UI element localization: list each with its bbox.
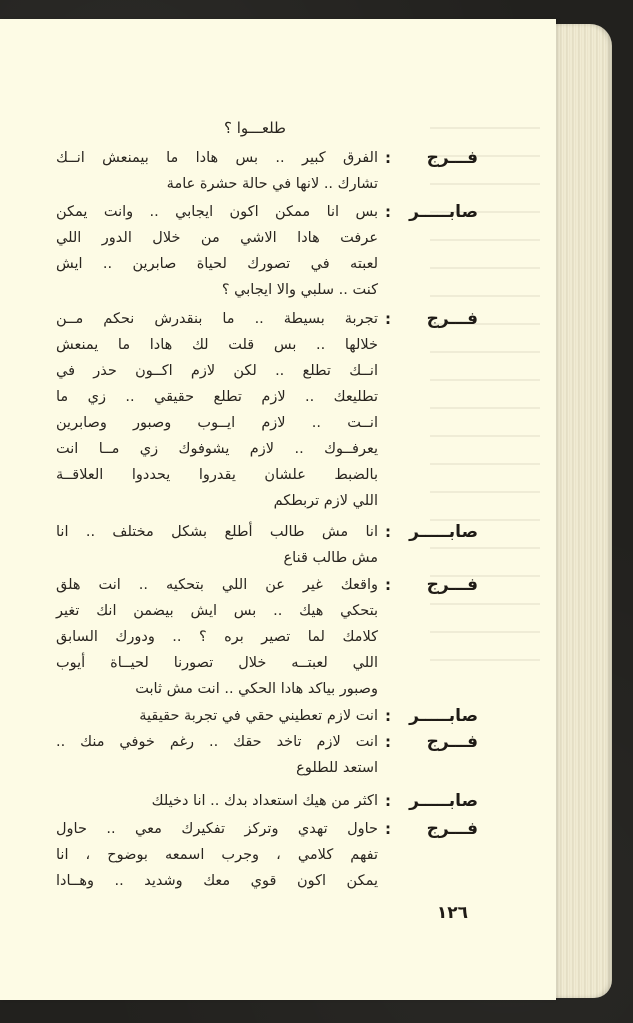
dialogue-line: تشارك .. لانها في حالة حشرة عامة: [56, 171, 378, 197]
dialogue-lines: واقعك غير عن اللي بتحكيه .. انت هلق بتحك…: [56, 572, 378, 702]
dialogue-lines: تجربة بسيطة .. ما بنقدرش نحكم مــن خلاله…: [56, 306, 378, 514]
dialogue-line: يعرفــوك .. لازم يشوفوك زي مــا انت: [56, 436, 378, 462]
dialogue-line: تطليعك .. لازم تطلع حقيقي .. زي ما: [56, 384, 378, 410]
dialogue-block: صابـــــر : بس انا ممكن اكون ايجابي .. و…: [48, 199, 478, 303]
speaker-name: فـــرج: [398, 572, 478, 702]
dialogue-line: انا مش طالب أطلع بشكل مختلف .. انا: [56, 519, 378, 545]
dialogue-line: لعبته في تصورك لحياة صابرين .. ايش: [56, 251, 378, 277]
dialogue-lines: بس انا ممكن اكون ايجابي .. وانت يمكن عرف…: [56, 199, 378, 303]
speaker-colon: :: [378, 519, 398, 571]
dialogue-line: الفرق كبير .. بس هادا ما بيمنعش انــك: [56, 145, 378, 171]
dialogue-line: اللي لعبتــه خلال تصورنا لحيــاة أيوب: [56, 650, 378, 676]
dialogue-line: يمكن اكون قوي معك وشديد .. وهــادا: [56, 868, 378, 894]
dialogue-block: فـــرج : واقعك غير عن اللي بتحكيه .. انت…: [48, 572, 478, 702]
dialogue-line: اكثر من هيك استعداد بدك .. انا دخيلك: [56, 788, 378, 814]
speaker-name: صابـــــر: [398, 519, 478, 571]
speaker-name: صابـــــر: [398, 703, 478, 729]
speaker-name: فـــرج: [398, 729, 478, 781]
dialogue-line: كلامك لما تصير بره ؟ .. ودورك السابق: [56, 624, 378, 650]
dialogue-lines: انت لازم تعطيني حقي في تجربة حقيقية: [56, 703, 378, 729]
dialogue-line: بس انا ممكن اكون ايجابي .. وانت يمكن: [56, 199, 378, 225]
speaker-colon: :: [378, 729, 398, 781]
speaker-name: صابـــــر: [398, 199, 478, 303]
dialogue-line: خلالها .. بس قلت لك هادا ما يمنعش: [56, 332, 378, 358]
speaker-name: صابـــــر: [398, 788, 478, 814]
dialogue-line: حاول تهدي وتركز تفكيرك معي .. حاول: [56, 816, 378, 842]
dialogue-line: انــت .. لازم ايــوب وصبور وصابرين: [56, 410, 378, 436]
dialogue-line: تجربة بسيطة .. ما بنقدرش نحكم مــن: [56, 306, 378, 332]
opening-line: طلعـــوا ؟: [224, 119, 286, 137]
dialogue-line: عرفت هادا الاشي من خلال الدور اللي: [56, 225, 378, 251]
dialogue-line: واقعك غير عن اللي بتحكيه .. انت هلق: [56, 572, 378, 598]
speaker-name: فـــرج: [398, 816, 478, 894]
dialogue-block: فـــرج : حاول تهدي وتركز تفكيرك معي .. ح…: [48, 816, 478, 894]
dialogue-line: اللي لازم تربطكم: [56, 488, 378, 514]
dialogue-block: فـــرج : الفرق كبير .. بس هادا ما بيمنعش…: [48, 145, 478, 197]
dialogue-line: بتحكي هيك .. بس ايش بيضمن انك تغير: [56, 598, 378, 624]
speaker-name: فـــرج: [398, 145, 478, 197]
dialogue-lines: انا مش طالب أطلع بشكل مختلف .. انا مش طا…: [56, 519, 378, 571]
speaker-colon: :: [378, 816, 398, 894]
dialogue-block: فـــرج : تجربة بسيطة .. ما بنقدرش نحكم م…: [48, 306, 478, 514]
speaker-colon: :: [378, 199, 398, 303]
dialogue-lines: انت لازم تاخد حقك .. رغم خوفي منك .. است…: [56, 729, 378, 781]
page-content: طلعـــوا ؟ فـــرج : الفرق كبير .. بس هاد…: [0, 19, 556, 1000]
dialogue-line: تفهم كلامي ، وجرب اسمعه بوضوح ، انا: [56, 842, 378, 868]
dialogue-lines: اكثر من هيك استعداد بدك .. انا دخيلك: [56, 788, 378, 814]
speaker-colon: :: [378, 703, 398, 729]
dialogue-lines: الفرق كبير .. بس هادا ما بيمنعش انــك تش…: [56, 145, 378, 197]
dialogue-block: صابـــــر : انا مش طالب أطلع بشكل مختلف …: [48, 519, 478, 571]
dialogue-lines: حاول تهدي وتركز تفكيرك معي .. حاول تفهم …: [56, 816, 378, 894]
dialogue-line: كنت .. سلبي والا ايجابي ؟: [56, 277, 378, 303]
dialogue-line: انــك تطلع .. لكن لازم اكــون حذر في: [56, 358, 378, 384]
dialogue-line: بالضبط علشان يقدروا يحددوا العلاقــة: [56, 462, 378, 488]
speaker-name: فـــرج: [398, 306, 478, 514]
dialogue-line: انت لازم تاخد حقك .. رغم خوفي منك ..: [56, 729, 378, 755]
speaker-colon: :: [378, 306, 398, 514]
dialogue-block: فـــرج : انت لازم تاخد حقك .. رغم خوفي م…: [48, 729, 478, 781]
book-page: طلعـــوا ؟ فـــرج : الفرق كبير .. بس هاد…: [0, 19, 556, 1000]
dialogue-block: صابـــــر : انت لازم تعطيني حقي في تجربة…: [48, 703, 478, 729]
speaker-colon: :: [378, 572, 398, 702]
dialogue-block: صابـــــر : اكثر من هيك استعداد بدك .. ا…: [48, 788, 478, 814]
page-number: ١٢٦: [437, 903, 468, 923]
dialogue-line: مش طالب قناع: [56, 545, 378, 571]
dialogue-line: انت لازم تعطيني حقي في تجربة حقيقية: [56, 703, 378, 729]
dialogue-line: وصبور بياكد هادا الحكي .. انت مش ثابت: [56, 676, 378, 702]
speaker-colon: :: [378, 145, 398, 197]
dialogue-line: استعد للطلوع: [56, 755, 378, 781]
speaker-colon: :: [378, 788, 398, 814]
